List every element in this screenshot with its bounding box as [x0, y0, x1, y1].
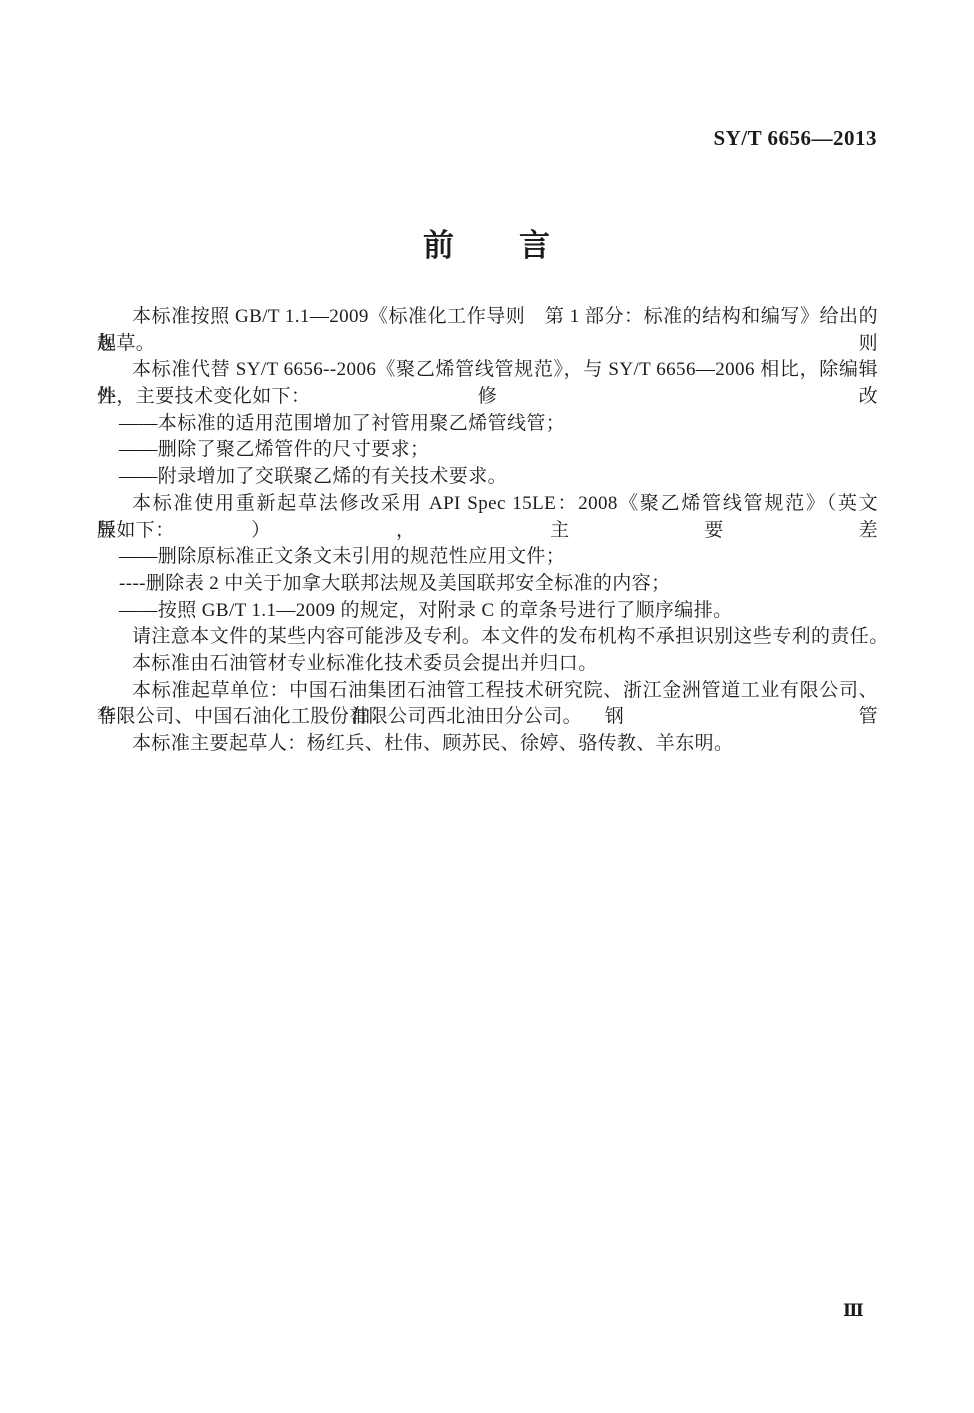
- foreword-drafting-units: 本标准起草单位：中国石油集团石油管工程技术研究院、浙江金洲管道工业有限公司、华油…: [97, 678, 878, 705]
- foreword-change-item: ——删除了聚乙烯管件的尺寸要求；: [97, 437, 878, 464]
- foreword-line: 本标准使用重新起草法修改采用 API Spec 15LE：2008《聚乙烯管线管…: [97, 491, 878, 518]
- foreword-committee-line: 本标准由石油管材专业标准化技术委员会提出并归口。: [97, 651, 878, 678]
- foreword-difference-item: ——删除原标准正文条文未引用的规范性应用文件；: [97, 544, 878, 571]
- page-number: Ⅲ: [843, 1301, 864, 1321]
- foreword-body: 本标准按照 GB/T 1.1—2009《标准化工作导则 第 1 部分：标准的结构…: [97, 304, 878, 758]
- foreword-difference-item: ——按照 GB/T 1.1—2009 的规定，对附录 C 的章条号进行了顺序编排…: [97, 598, 878, 625]
- foreword-change-item: ——本标准的适用范围增加了衬管用聚乙烯管线管；: [97, 411, 878, 438]
- foreword-change-item: ——附录增加了交联聚乙烯的有关技术要求。: [97, 464, 878, 491]
- foreword-difference-item: ----删除表 2 中关于加拿大联邦法规及美国联邦安全标准的内容；: [97, 571, 878, 598]
- foreword-drafters: 本标准主要起草人：杨红兵、杜伟、顾苏民、徐婷、骆传教、羊东明。: [97, 731, 878, 758]
- foreword-line: 本标准代替 SY/T 6656--2006《聚乙烯管线管规范》，与 SY/T 6…: [97, 357, 878, 384]
- document-page: SY/T 6656—2013 前 言 本标准按照 GB/T 1.1—2009《标…: [0, 0, 974, 1413]
- foreword-patent-notice: 请注意本文件的某些内容可能涉及专利。本文件的发布机构不承担识别这些专利的责任。: [97, 624, 878, 651]
- standard-code: SY/T 6656—2013: [0, 126, 877, 151]
- foreword-line: 本标准按照 GB/T 1.1—2009《标准化工作导则 第 1 部分：标准的结构…: [97, 304, 878, 331]
- page-title: 前 言: [0, 220, 974, 265]
